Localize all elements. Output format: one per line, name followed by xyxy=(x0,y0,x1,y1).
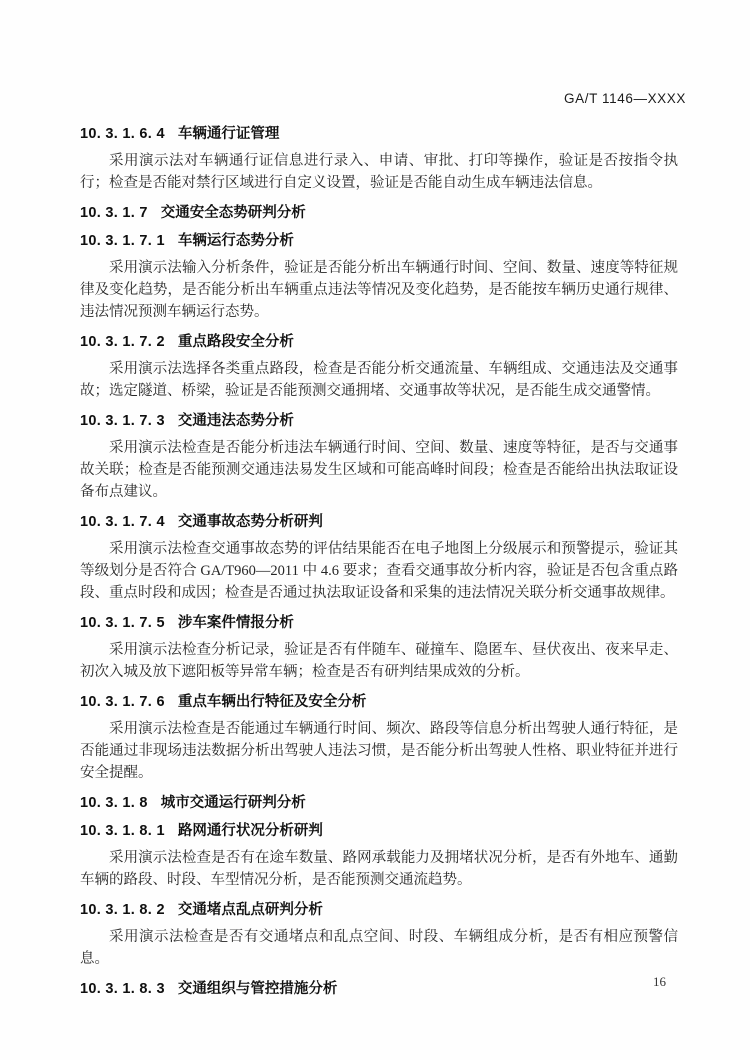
section-number: 10. 3. 1. 8. 3 xyxy=(80,980,165,998)
section-number: 10. 3. 1. 8. 2 xyxy=(80,901,165,919)
section-title: 交通堵点乱点研判分析 xyxy=(178,902,323,918)
section-title: 重点车辆出行特征及安全分析 xyxy=(178,694,367,710)
section-heading: 10. 3. 1. 8. 2交通堵点乱点研判分析 xyxy=(80,901,678,919)
section-title: 车辆运行态势分析 xyxy=(178,233,294,249)
section-title: 交通组织与管控措施分析 xyxy=(178,981,338,997)
section-heading: 10. 3. 1. 7交通安全态势研判分析 xyxy=(80,204,678,222)
body-paragraph: 采用演示法检查是否能分析违法车辆通行时间、空间、数量、速度等特征，是否与交通事故… xyxy=(80,437,678,503)
section-number: 10. 3. 1. 7. 5 xyxy=(80,614,165,632)
section-heading: 10. 3. 1. 7. 5涉车案件情报分析 xyxy=(80,614,678,632)
section-heading: 10. 3. 1. 7. 2重点路段安全分析 xyxy=(80,333,678,351)
section-title: 涉车案件情报分析 xyxy=(178,615,294,631)
section-title: 交通事故态势分析研判 xyxy=(178,514,323,530)
section-heading: 10. 3. 1. 7. 6重点车辆出行特征及安全分析 xyxy=(80,693,678,711)
section-number: 10. 3. 1. 7. 3 xyxy=(80,412,165,430)
section-number: 10. 3. 1. 7. 4 xyxy=(80,513,165,531)
body-paragraph: 采用演示法检查是否有在途车数量、路网承载能力及拥堵状况分析，是否有外地车、通勤车… xyxy=(80,847,678,891)
body-paragraph: 采用演示法检查是否能通过车辆通行时间、频次、路段等信息分析出驾驶人通行特征，是否… xyxy=(80,718,678,784)
document-page: GA/T 1146—XXXX 10. 3. 1. 6. 4车辆通行证管理 采用演… xyxy=(0,0,750,1060)
document-body: 10. 3. 1. 6. 4车辆通行证管理 采用演示法对车辆通行证信息进行录入、… xyxy=(80,125,678,1005)
section-title: 车辆通行证管理 xyxy=(178,126,280,142)
section-number: 10. 3. 1. 8 xyxy=(80,794,148,812)
section-heading: 10. 3. 1. 7. 3交通违法态势分析 xyxy=(80,412,678,430)
body-paragraph: 采用演示法对车辆通行证信息进行录入、申请、审批、打印等操作，验证是否按指令执行；… xyxy=(80,150,678,194)
section-heading: 10. 3. 1. 8城市交通运行研判分析 xyxy=(80,794,678,812)
section-heading: 10. 3. 1. 7. 4交通事故态势分析研判 xyxy=(80,513,678,531)
body-paragraph: 采用演示法检查分析记录，验证是否有伴随车、碰撞车、隐匿车、昼伏夜出、夜来早走、初… xyxy=(80,639,678,683)
body-paragraph: 采用演示法输入分析条件，验证是否能分析出车辆通行时间、空间、数量、速度等特征规律… xyxy=(80,257,678,323)
section-number: 10. 3. 1. 7. 6 xyxy=(80,693,165,711)
body-paragraph: 采用演示法检查交通事故态势的评估结果能否在电子地图上分级展示和预警提示，验证其等… xyxy=(80,538,678,604)
standard-code-header: GA/T 1146—XXXX xyxy=(564,91,686,106)
section-title: 城市交通运行研判分析 xyxy=(161,795,306,811)
section-heading: 10. 3. 1. 8. 1路网通行状况分析研判 xyxy=(80,822,678,840)
section-title: 重点路段安全分析 xyxy=(178,334,294,350)
section-heading: 10. 3. 1. 8. 3交通组织与管控措施分析 xyxy=(80,980,678,998)
section-number: 10. 3. 1. 6. 4 xyxy=(80,125,165,143)
section-number: 10. 3. 1. 7 xyxy=(80,204,148,222)
page-number: 16 xyxy=(653,974,666,990)
section-number: 10. 3. 1. 7. 1 xyxy=(80,232,165,250)
section-number: 10. 3. 1. 8. 1 xyxy=(80,822,165,840)
section-title: 交通安全态势研判分析 xyxy=(161,205,306,221)
section-title: 路网通行状况分析研判 xyxy=(178,823,323,839)
section-number: 10. 3. 1. 7. 2 xyxy=(80,333,165,351)
body-paragraph: 采用演示法选择各类重点路段，检查是否能分析交通流量、车辆组成、交通违法及交通事故… xyxy=(80,358,678,402)
body-paragraph: 采用演示法检查是否有交通堵点和乱点空间、时段、车辆组成分析，是否有相应预警信息。 xyxy=(80,926,678,970)
section-title: 交通违法态势分析 xyxy=(178,413,294,429)
section-heading: 10. 3. 1. 7. 1车辆运行态势分析 xyxy=(80,232,678,250)
section-heading: 10. 3. 1. 6. 4车辆通行证管理 xyxy=(80,125,678,143)
